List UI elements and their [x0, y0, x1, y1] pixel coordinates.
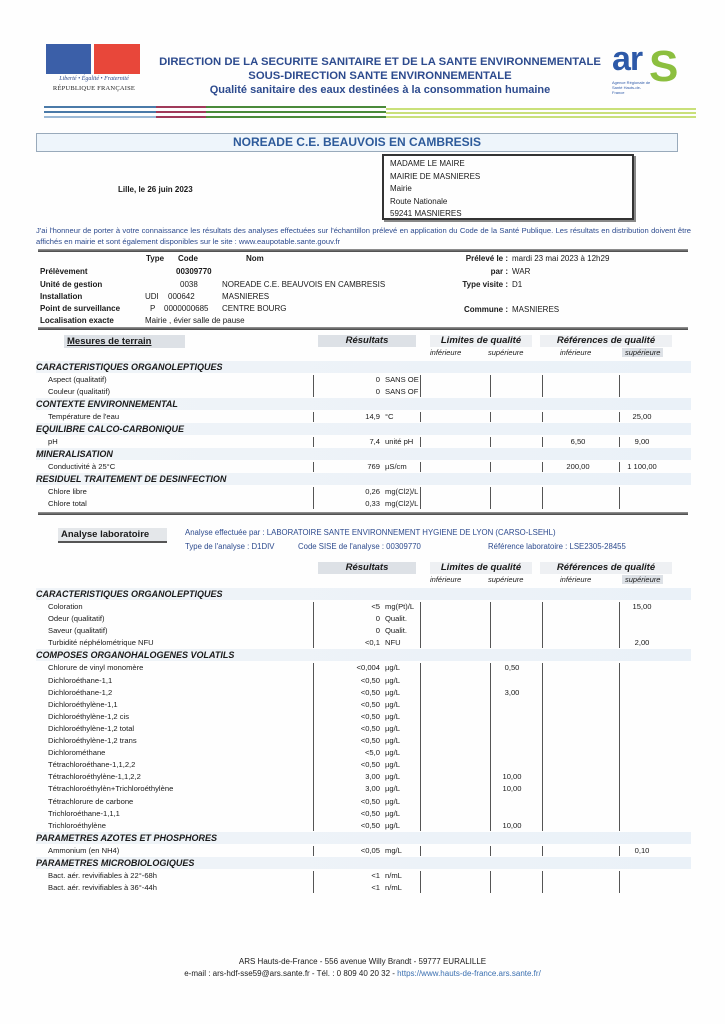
parameter-name: Conductivité à 25°C — [48, 461, 115, 472]
result-value: 14,9 — [276, 411, 380, 422]
parameter-name: Turbidité néphélométrique NFU — [48, 637, 154, 648]
column-divider — [420, 487, 421, 509]
recipient-address: MADAME LE MAIRE MAIRIE DE MASNIERES Mair… — [382, 154, 634, 220]
column-divider — [420, 462, 421, 472]
parameter-name: Tétrachlorure de carbone — [48, 796, 133, 807]
result-value: <0,50 — [276, 796, 380, 807]
result-value: <0,1 — [276, 637, 380, 648]
sample-label: Prélèvement — [40, 267, 88, 276]
intro-text: J'ai l'honneur de porter à votre connais… — [36, 225, 691, 247]
sample-code: 0000000685 — [164, 304, 209, 313]
column-divider — [619, 846, 620, 856]
rf-motto: Liberté • Égalité • Fraternité — [44, 76, 144, 82]
terrain-result-row: Température de l'eau14,9°C25,00 — [36, 411, 691, 422]
column-divider — [313, 375, 314, 397]
parameter-name: Couleur (qualitatif) — [48, 386, 110, 397]
document-title: NOREADE C.E. BEAUVOIS EN CAMBRESIS — [36, 133, 678, 152]
result-value: <5 — [276, 601, 380, 612]
parameter-name: Dichloroéthylène-1,2 trans — [48, 735, 137, 746]
column-divider — [542, 602, 543, 648]
column-divider — [313, 871, 314, 893]
column-divider — [490, 663, 491, 830]
terrain-limite-sup-header: supérieure — [488, 348, 523, 357]
limit-ls: 3,00 — [490, 687, 534, 698]
result-value: <0,004 — [276, 662, 380, 673]
sample-label: Point de surveillance — [40, 304, 120, 313]
labo-result-row: Turbidité néphélométrique NFU<0,1NFU2,00 — [36, 637, 691, 648]
limit-rs: 9,00 — [620, 436, 664, 447]
parameter-name: Dichloroéthane-1,1 — [48, 675, 112, 686]
divider — [38, 327, 688, 330]
result-unit: µg/L — [385, 711, 400, 722]
column-divider — [542, 462, 543, 472]
column-divider — [619, 437, 620, 447]
recipient-line: 59241 MASNIERES — [390, 208, 626, 221]
limit-ri: 200,00 — [556, 461, 600, 472]
sample-type: P — [150, 304, 155, 313]
labo-result-row: Dichloroéthylène-1,2 cis<0,50µg/L — [36, 711, 691, 722]
col-header-code: Code — [178, 254, 198, 263]
parameter-name: Dichloroéthylène-1,2 cis — [48, 711, 129, 722]
labo-limite-inf-header: inférieure — [430, 575, 461, 584]
parameter-name: Ammonium (en NH4) — [48, 845, 119, 856]
result-value: <0,05 — [276, 845, 380, 856]
limit-rs: 1 100,00 — [620, 461, 664, 472]
recipient-line: MADAME LE MAIRE — [390, 158, 626, 171]
labo-performed-by: Analyse effectuée par : LABORATOIRE SANT… — [185, 528, 556, 537]
labo-result-row: Saveur (qualitatif)0Qualit. — [36, 625, 691, 636]
result-value: <0,50 — [276, 808, 380, 819]
header-color-bars — [44, 106, 696, 118]
result-unit: SANS OE — [385, 374, 419, 385]
labo-result-row: Chlorure de vinyl monomère<0,004µg/L0,50 — [36, 662, 691, 673]
column-divider — [542, 846, 543, 856]
date-line: Lille, le 26 juin 2023 — [118, 185, 193, 194]
labo-result-row: Bact. aér. revivifiables à 36°-44h<1n/mL — [36, 882, 691, 893]
column-divider — [619, 663, 620, 830]
sample-type: UDI — [145, 292, 159, 301]
labo-code-sise: Code SISE de l'analyse : 00309770 — [298, 542, 421, 551]
result-unit: µS/cm — [385, 461, 407, 472]
ars-logo-s: S — [649, 42, 678, 92]
column-divider — [420, 846, 421, 856]
marianne-blue-icon — [46, 44, 91, 74]
sample-code: 00309770 — [176, 267, 212, 276]
sample-label: Installation — [40, 292, 82, 301]
labo-result-row: Bact. aér. revivifiables à 22°-68h<1n/mL — [36, 870, 691, 881]
parameter-name: Trichloroéthylène — [48, 820, 106, 831]
labo-heading: Analyse laboratoire — [58, 528, 167, 543]
result-unit: n/mL — [385, 870, 402, 881]
column-divider — [619, 487, 620, 509]
divider — [38, 512, 688, 515]
column-divider — [490, 412, 491, 422]
limit-rs: 25,00 — [620, 411, 664, 422]
result-value: 3,00 — [276, 783, 380, 794]
result-value: 0 — [276, 386, 380, 397]
labo-section-title: CARACTERISTIQUES ORGANOLEPTIQUES — [36, 588, 691, 600]
column-divider — [490, 375, 491, 397]
limit-ls: 10,00 — [490, 783, 534, 794]
labo-type: Type de l'analyse : D1DIV — [185, 542, 274, 551]
parameter-name: Bact. aér. revivifiables à 36°-44h — [48, 882, 157, 893]
column-divider — [420, 602, 421, 648]
header-subtitle: Qualité sanitaire des eaux destinées à l… — [146, 84, 614, 96]
ars-logo: ar S Agence Régionale de Santé Hauts-de-… — [606, 50, 678, 100]
labo-limites-header: Limites de qualité — [430, 562, 532, 574]
labo-result-row: Dichloroéthylène-1,2 trans<0,50µg/L — [36, 735, 691, 746]
column-divider — [490, 602, 491, 648]
terrain-result-row: Chlore total0,33mg(Cl2)/L — [36, 498, 691, 509]
sample-right-label: Prélevé le : — [466, 254, 508, 263]
rf-name: RÉPUBLIQUE FRANÇAISE — [44, 85, 144, 92]
column-divider — [619, 412, 620, 422]
parameter-name: Aspect (qualitatif) — [48, 374, 107, 385]
labo-result-row: Dichloroéthane-1,2<0,50µg/L3,00 — [36, 687, 691, 698]
marianne-red-icon — [94, 44, 140, 74]
column-divider — [313, 487, 314, 509]
labo-result-row: Tétrachlorure de carbone<0,50µg/L — [36, 796, 691, 807]
result-unit: n/mL — [385, 882, 402, 893]
labo-result-row: Tétrachloroéthane-1,1,2,2<0,50µg/L — [36, 759, 691, 770]
labo-references-header: Références de qualité — [540, 562, 672, 574]
terrain-resultats-header: Résultats — [318, 335, 416, 347]
result-value: 0 — [276, 613, 380, 624]
result-unit: mg(Cl2)/L — [385, 486, 418, 497]
column-divider — [542, 871, 543, 893]
result-value: <1 — [276, 882, 380, 893]
parameter-name: Température de l'eau — [48, 411, 119, 422]
result-unit: µg/L — [385, 687, 400, 698]
parameter-name: Tétrachloroéthylène-1,1,2,2 — [48, 771, 141, 782]
column-divider — [619, 871, 620, 893]
result-value: 7,4 — [276, 436, 380, 447]
column-divider — [313, 462, 314, 472]
column-divider — [420, 871, 421, 893]
result-unit: mg(Cl2)/L — [385, 498, 418, 509]
sample-right-label: Commune : — [464, 305, 508, 314]
sample-label: Localisation exacte — [40, 316, 114, 325]
column-divider — [313, 602, 314, 648]
labo-result-row: Coloration<5mg(Pt)/L15,00 — [36, 601, 691, 612]
header-direction: DIRECTION DE LA SECURITE SANITAIRE ET DE… — [146, 56, 614, 68]
parameter-name: Trichloroéthane-1,1,1 — [48, 808, 120, 819]
labo-ref-sup-header: supérieure — [622, 575, 663, 584]
sample-right-label: Type visite : — [462, 280, 508, 289]
labo-result-row: Tétrachloroéthylèn+Trichloroéthylène3,00… — [36, 783, 691, 794]
result-unit: Qualit. — [385, 625, 407, 636]
terrain-ref-inf-header: inférieure — [560, 348, 591, 357]
result-value: 0 — [276, 374, 380, 385]
result-unit: µg/L — [385, 699, 400, 710]
result-value: 769 — [276, 461, 380, 472]
column-divider — [490, 437, 491, 447]
result-unit: µg/L — [385, 662, 400, 673]
result-value: <0,50 — [276, 735, 380, 746]
result-value: <0,50 — [276, 759, 380, 770]
limit-rs: 0,10 — [620, 845, 664, 856]
column-divider — [313, 663, 314, 830]
column-divider — [490, 871, 491, 893]
column-divider — [542, 437, 543, 447]
terrain-references-header: Références de qualité — [540, 335, 672, 347]
labo-result-row: Trichloroéthylène<0,50µg/L10,00 — [36, 820, 691, 831]
labo-reference: Référence laboratoire : LSE2305-28455 — [488, 542, 626, 551]
column-divider — [490, 846, 491, 856]
terrain-section-title: RESIDUEL TRAITEMENT DE DESINFECTION — [36, 473, 691, 485]
result-unit: NFU — [385, 637, 401, 648]
column-divider — [420, 437, 421, 447]
result-unit: Qualit. — [385, 613, 407, 624]
labo-section-title: COMPOSES ORGANOHALOGENES VOLATILS — [36, 649, 691, 661]
labo-result-row: Odeur (qualitatif)0Qualit. — [36, 613, 691, 624]
col-header-type: Type — [146, 254, 164, 263]
limit-ri: 6,50 — [556, 436, 600, 447]
result-value: <0,50 — [276, 711, 380, 722]
labo-result-row: Dichloroéthylène-1,1<0,50µg/L — [36, 699, 691, 710]
labo-section-title: PARAMETRES AZOTES ET PHOSPHORES — [36, 832, 691, 844]
column-divider — [313, 412, 314, 422]
parameter-name: Saveur (qualitatif) — [48, 625, 108, 636]
result-unit: µg/L — [385, 747, 400, 758]
terrain-result-row: Aspect (qualitatif)0SANS OE — [36, 374, 691, 385]
recipient-line: Route Nationale — [390, 196, 626, 209]
terrain-section-title: CONTEXTE ENVIRONNEMENTAL — [36, 398, 691, 410]
terrain-limite-inf-header: inférieure — [430, 348, 461, 357]
result-value: 0,26 — [276, 486, 380, 497]
sample-right-value: D1 — [512, 280, 522, 289]
column-divider — [542, 412, 543, 422]
parameter-name: Chlore total — [48, 498, 87, 509]
result-value: 0 — [276, 625, 380, 636]
column-divider — [542, 487, 543, 509]
terrain-limites-header: Limites de qualité — [430, 335, 532, 347]
result-unit: µg/L — [385, 723, 400, 734]
result-unit: µg/L — [385, 759, 400, 770]
labo-resultats-header: Résultats — [318, 562, 416, 574]
parameter-name: Tétrachloroéthylèn+Trichloroéthylène — [48, 783, 173, 794]
result-unit: µg/L — [385, 771, 400, 782]
parameter-name: Chlorure de vinyl monomère — [48, 662, 143, 673]
parameter-name: Dichloroéthane-1,2 — [48, 687, 112, 698]
sample-label: Unité de gestion — [40, 280, 102, 289]
sample-name: CENTRE BOURG — [222, 304, 286, 313]
result-value: <0,50 — [276, 675, 380, 686]
labo-result-row: Trichloroéthane-1,1,1<0,50µg/L — [36, 808, 691, 819]
sample-name: Mairie , évier salle de pause — [145, 316, 245, 325]
terrain-result-row: pH7,4unité pH6,509,00 — [36, 436, 691, 447]
sample-right-value: WAR — [512, 267, 530, 276]
divider — [38, 249, 688, 252]
parameter-name: Bact. aér. revivifiables à 22°-68h — [48, 870, 157, 881]
sample-right-value: mardi 23 mai 2023 à 12h29 — [512, 254, 609, 263]
result-unit: µg/L — [385, 783, 400, 794]
limit-ls: 10,00 — [490, 820, 534, 831]
limit-ls: 0,50 — [490, 662, 534, 673]
column-divider — [490, 487, 491, 509]
column-divider — [313, 846, 314, 856]
parameter-name: Dichloroéthylène-1,2 total — [48, 723, 134, 734]
limit-ls: 10,00 — [490, 771, 534, 782]
column-divider — [619, 375, 620, 397]
result-value: 0,33 — [276, 498, 380, 509]
ars-logo-ar: ar — [612, 40, 642, 79]
terrain-result-row: Chlore libre0,26mg(Cl2)/L — [36, 486, 691, 497]
sample-code: 000642 — [168, 292, 195, 301]
terrain-result-row: Couleur (qualitatif)0SANS OF — [36, 386, 691, 397]
sample-code: 0038 — [180, 280, 198, 289]
limit-rs: 2,00 — [620, 637, 664, 648]
footer-website-link[interactable]: https://www.hauts-de-france.ars.sante.fr… — [397, 969, 541, 978]
labo-result-row: Dichloroéthylène-1,2 total<0,50µg/L — [36, 723, 691, 734]
labo-result-row: Dichloroéthane-1,1<0,50µg/L — [36, 675, 691, 686]
sample-right-label: par : — [491, 267, 508, 276]
ars-logo-sub: Agence Régionale de Santé Hauts-de-Franc… — [612, 80, 652, 95]
result-unit: SANS OF — [385, 386, 418, 397]
terrain-ref-sup-header: supérieure — [622, 348, 663, 357]
result-unit: µg/L — [385, 820, 400, 831]
labo-result-row: Dichlorométhane<5,0µg/L — [36, 747, 691, 758]
parameter-name: pH — [48, 436, 58, 447]
column-divider — [542, 375, 543, 397]
col-header-nom: Nom — [246, 254, 264, 263]
result-value: <0,50 — [276, 687, 380, 698]
terrain-section-title: MINERALISATION — [36, 448, 691, 460]
result-unit: mg/L — [385, 845, 402, 856]
result-value: <5,0 — [276, 747, 380, 758]
labo-result-row: Tétrachloroéthylène-1,1,2,23,00µg/L10,00 — [36, 771, 691, 782]
column-divider — [420, 663, 421, 830]
result-unit: µg/L — [385, 808, 400, 819]
sample-name: NOREADE C.E. BEAUVOIS EN CAMBRESIS — [222, 280, 385, 289]
column-divider — [619, 602, 620, 648]
result-unit: °C — [385, 411, 394, 422]
result-unit: µg/L — [385, 735, 400, 746]
result-unit: µg/L — [385, 796, 400, 807]
result-value: <0,50 — [276, 820, 380, 831]
labo-limite-sup-header: supérieure — [488, 575, 523, 584]
labo-result-row: Ammonium (en NH4)<0,05mg/L0,10 — [36, 845, 691, 856]
column-divider — [420, 412, 421, 422]
sample-name: MASNIERES — [222, 292, 269, 301]
recipient-line: Mairie — [390, 183, 626, 196]
parameter-name: Dichloroéthylène-1,1 — [48, 699, 118, 710]
column-divider — [313, 437, 314, 447]
result-unit: unité pH — [385, 436, 413, 447]
result-value: <0,50 — [276, 699, 380, 710]
parameter-name: Odeur (qualitatif) — [48, 613, 105, 624]
footer-contact: e-mail : ars-hdf-sse59@ars.sante.fr - Té… — [0, 969, 725, 978]
republique-francaise-logo: Liberté • Égalité • Fraternité RÉPUBLIQU… — [44, 44, 144, 96]
column-divider — [542, 663, 543, 830]
result-unit: µg/L — [385, 675, 400, 686]
result-unit: mg(Pt)/L — [385, 601, 414, 612]
column-divider — [420, 375, 421, 397]
column-divider — [619, 462, 620, 472]
header-sous-direction: SOUS-DIRECTION SANTE ENVIRONNEMENTALE — [146, 70, 614, 82]
labo-ref-inf-header: inférieure — [560, 575, 591, 584]
sample-right-value: MASNIERES — [512, 305, 559, 314]
column-divider — [490, 462, 491, 472]
parameter-name: Dichlorométhane — [48, 747, 105, 758]
result-value: <0,50 — [276, 723, 380, 734]
parameter-name: Coloration — [48, 601, 83, 612]
result-value: 3,00 — [276, 771, 380, 782]
footer-contact-text: e-mail : ars-hdf-sse59@ars.sante.fr - Té… — [184, 969, 397, 978]
recipient-line: MAIRIE DE MASNIERES — [390, 171, 626, 184]
terrain-section-title: CARACTERISTIQUES ORGANOLEPTIQUES — [36, 361, 691, 373]
limit-rs: 15,00 — [620, 601, 664, 612]
terrain-heading: Mesures de terrain — [64, 335, 185, 348]
terrain-section-title: EQUILIBRE CALCO-CARBONIQUE — [36, 423, 691, 435]
parameter-name: Tétrachloroéthane-1,1,2,2 — [48, 759, 135, 770]
parameter-name: Chlore libre — [48, 486, 87, 497]
footer-address: ARS Hauts-de-France - 556 avenue Willy B… — [0, 957, 725, 966]
labo-section-title: PARAMETRES MICROBIOLOGIQUES — [36, 857, 691, 869]
result-value: <1 — [276, 870, 380, 881]
terrain-result-row: Conductivité à 25°C769µS/cm200,001 100,0… — [36, 461, 691, 472]
